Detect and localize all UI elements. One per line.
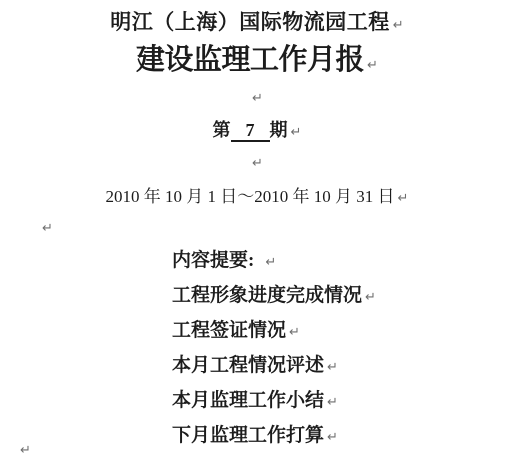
summary-heading-text: 内容提要: bbox=[172, 250, 254, 271]
paragraph-mark-icon: ↵ bbox=[252, 156, 263, 171]
summary-item-text: 工程形象进度完成情况 bbox=[172, 285, 362, 306]
summary-item: 工程签证情况↵ bbox=[172, 314, 376, 349]
summary-item: 本月监理工作小结↵ bbox=[172, 384, 376, 419]
paragraph-mark-icon: ↵ bbox=[393, 18, 404, 33]
paragraph-mark-icon: ↵ bbox=[327, 430, 338, 445]
project-title: 明江（上海）国际物流园工程↵ bbox=[0, 6, 514, 36]
issue-suffix: 期 bbox=[270, 120, 288, 140]
report-title: 建设监理工作月报↵ bbox=[0, 37, 514, 78]
paragraph-mark-icon: ↵ bbox=[289, 325, 300, 340]
report-title-text: 建设监理工作月报 bbox=[136, 44, 364, 76]
summary-item-text: 下月监理工作打算 bbox=[172, 425, 324, 446]
paragraph-mark-icon: ↵ bbox=[252, 91, 263, 106]
paragraph-mark-icon: ↵ bbox=[265, 255, 276, 270]
issue-number: 7 bbox=[231, 121, 270, 142]
paragraph-mark-icon: ↵ bbox=[20, 443, 31, 458]
summary-item-text: 工程签证情况 bbox=[172, 320, 286, 341]
paragraph-mark-icon: ↵ bbox=[365, 290, 376, 305]
paragraph-mark-icon: ↵ bbox=[291, 125, 302, 140]
issue-line: 第7期↵ bbox=[0, 116, 514, 142]
date-range: 2010 年 10 月 1 日～2010 年 10 月 31 日↵ bbox=[0, 182, 514, 207]
paragraph-mark-icon: ↵ bbox=[327, 360, 338, 375]
summary-item: 工程形象进度完成情况↵ bbox=[172, 279, 376, 314]
summary-item: 下月监理工作打算↵ bbox=[172, 419, 376, 454]
summary-item-text: 本月监理工作小结 bbox=[172, 390, 324, 411]
paragraph-mark-icon: ↵ bbox=[327, 395, 338, 410]
summary-item-text: 本月工程情况评述 bbox=[172, 355, 324, 376]
paragraph-mark-icon: ↵ bbox=[42, 221, 53, 236]
summary-heading: 内容提要:↵ bbox=[172, 244, 376, 279]
paragraph-mark-icon: ↵ bbox=[367, 58, 378, 73]
issue-prefix: 第 bbox=[213, 120, 231, 140]
project-title-text: 明江（上海）国际物流园工程 bbox=[110, 10, 390, 34]
summary-block: 内容提要:↵ 工程形象进度完成情况↵ 工程签证情况↵ 本月工程情况评述↵ 本月监… bbox=[172, 244, 376, 454]
summary-item: 本月工程情况评述↵ bbox=[172, 349, 376, 384]
paragraph-mark-icon: ↵ bbox=[398, 191, 409, 206]
date-range-text: 2010 年 10 月 1 日～2010 年 10 月 31 日 bbox=[106, 187, 395, 206]
document-page: 明江（上海）国际物流园工程↵ 建设监理工作月报↵ ↵ 第7期↵ ↵ 2010 年… bbox=[0, 0, 514, 466]
